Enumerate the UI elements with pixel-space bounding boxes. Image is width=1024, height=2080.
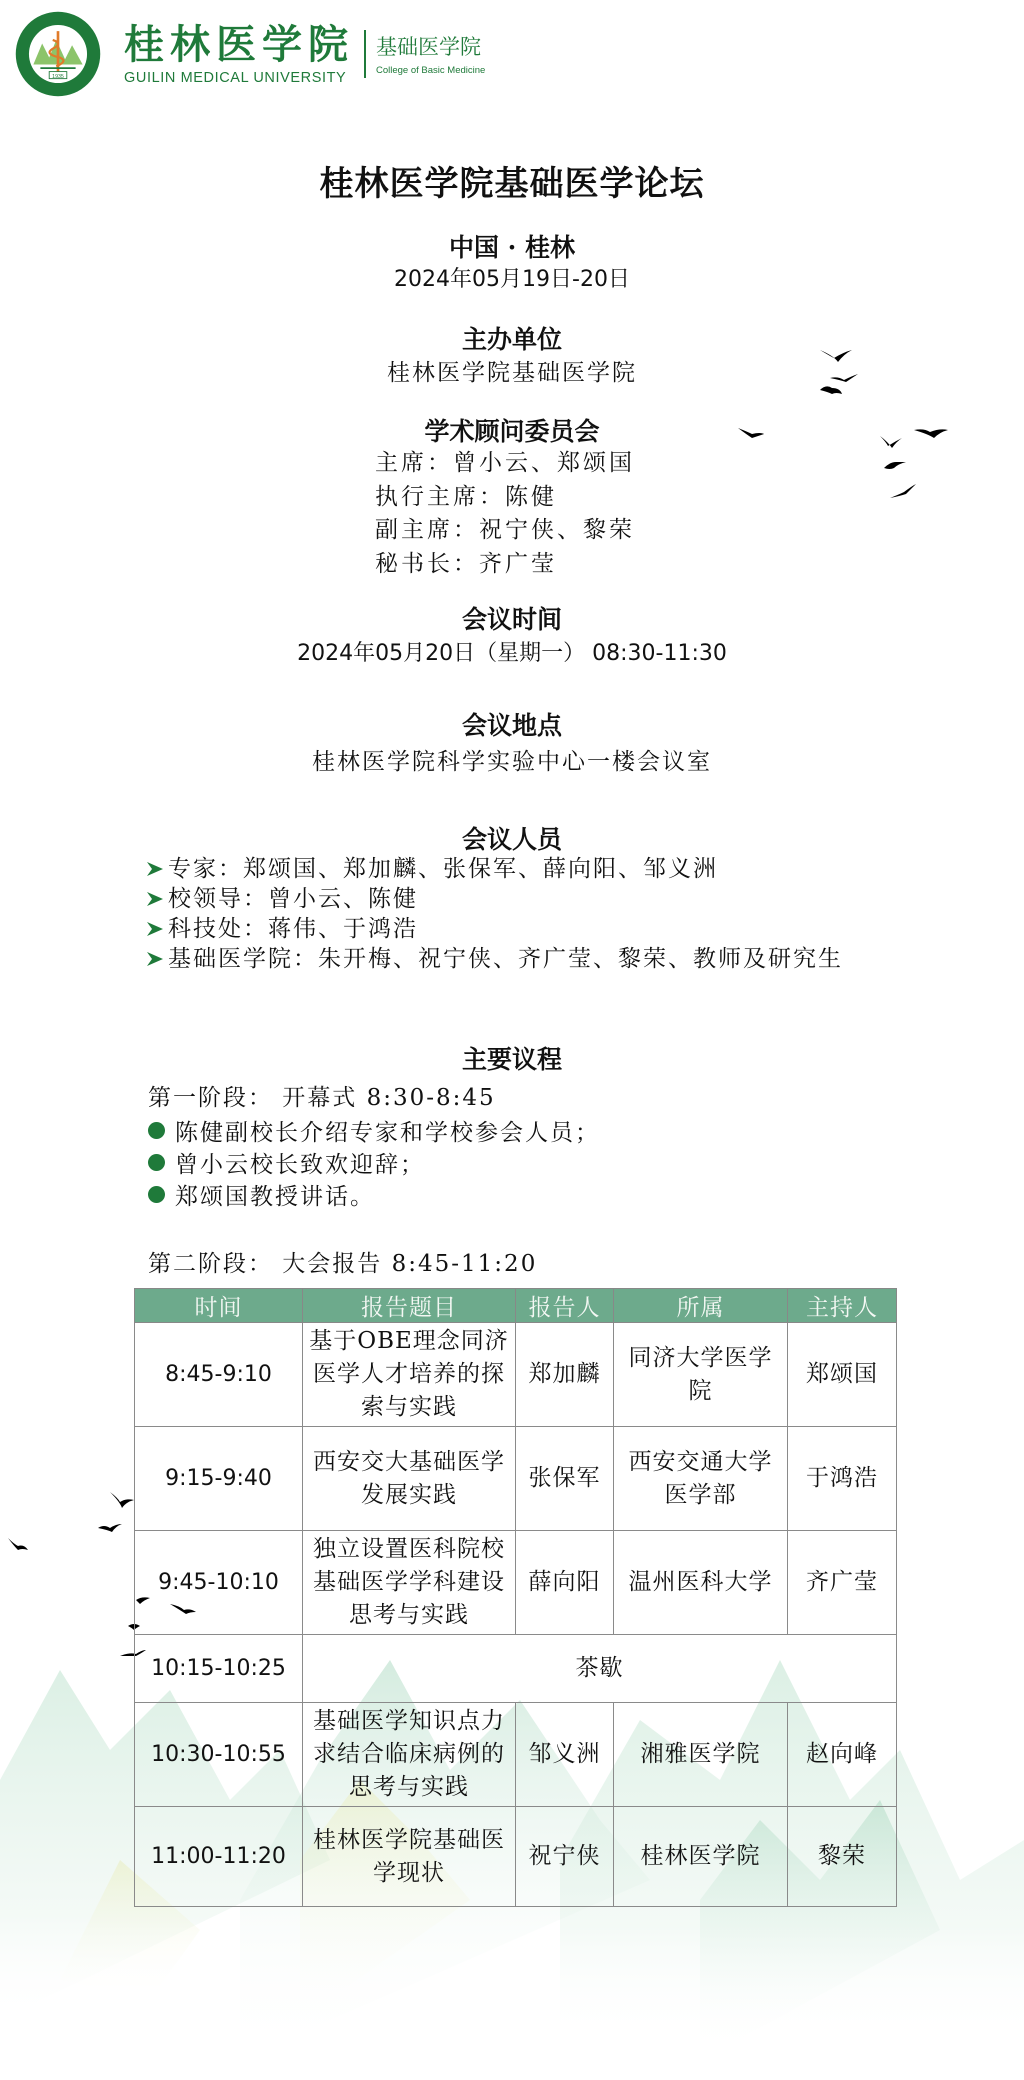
report-schedule-table: 时间 报告题目 报告人 所属 主持人 8:45-9:10 基于OBE理念同济医学… xyxy=(134,1288,897,1907)
cell-speaker: 祝宁侠 xyxy=(516,1807,614,1907)
university-logo-header: 1935 桂林医学院 GUILIN MEDICAL UNIVERSITY 基础医… xyxy=(14,8,485,100)
arrow-bullet-icon xyxy=(146,914,168,944)
phase-one-item: 陈健副校长介绍专家和学校参会人员； xyxy=(148,1114,600,1146)
table-row: 10:30-10:55 基础医学知识点力求结合临床病例的思考与实践 邹义洲 湘雅… xyxy=(135,1703,897,1807)
table-row: 11:00-11:20 桂林医学院基础医学现状 祝宁侠 桂林医学院 黎荣 xyxy=(135,1807,897,1907)
cell-topic: 独立设置医科院校基础医学学科建设思考与实践 xyxy=(303,1531,516,1635)
cell-tea-break: 茶歇 xyxy=(303,1635,897,1703)
table-row: 9:15-9:40 西安交大基础医学发展实践 张保军 西安交通大学医学部 于鸿浩 xyxy=(135,1427,897,1531)
university-seal-icon: 1935 xyxy=(14,10,102,98)
cell-host: 于鸿浩 xyxy=(788,1427,897,1531)
committee-vice-chair: 副主席：祝宁侠、黎荣 xyxy=(375,514,635,548)
table-header-row: 时间 报告题目 报告人 所属 主持人 xyxy=(135,1289,897,1323)
phase-one-item: 曾小云校长致欢迎辞； xyxy=(148,1146,600,1178)
arrow-bullet-icon xyxy=(146,884,168,914)
cell-speaker: 张保军 xyxy=(516,1427,614,1531)
cell-speaker: 邹义洲 xyxy=(516,1703,614,1807)
column-header-speaker: 报告人 xyxy=(516,1289,614,1323)
committee-secretary: 秘书长：齐广莹 xyxy=(375,548,635,582)
cell-affiliation: 温州医科大学 xyxy=(614,1531,788,1635)
cell-topic: 基于OBE理念同济医学人才培养的探索与实践 xyxy=(303,1323,516,1427)
cell-topic: 基础医学知识点力求结合临床病例的思考与实践 xyxy=(303,1703,516,1807)
table-row: 9:45-10:10 独立设置医科院校基础医学学科建设思考与实践 薛向阳 温州医… xyxy=(135,1531,897,1635)
committee-members: 主席：曾小云、郑颂国 执行主席：陈健 副主席：祝宁侠、黎荣 秘书长：齐广莹 xyxy=(375,447,635,581)
cell-time: 11:00-11:20 xyxy=(135,1807,303,1907)
phase-two-label: 第二阶段： 大会报告 8:45-11:20 xyxy=(148,1248,600,1280)
committee-heading: 学术顾问委员会 xyxy=(0,412,1024,448)
cell-affiliation: 西安交通大学医学部 xyxy=(614,1427,788,1531)
university-name-en: GUILIN MEDICAL UNIVERSITY xyxy=(124,70,354,86)
organizer-heading: 主办单位 xyxy=(0,320,1024,356)
cell-speaker: 郑加麟 xyxy=(516,1323,614,1427)
logo-divider xyxy=(364,30,366,78)
location-place: 中国 · 桂林 xyxy=(0,228,1024,264)
column-header-host: 主持人 xyxy=(788,1289,897,1323)
attendee-group-research-office: 科技处：蒋伟、于鸿浩 xyxy=(146,914,906,944)
attendee-group-basic-medicine: 基础医学院：朱开梅、祝宁侠、齐广莹、黎荣、教师及研究生 xyxy=(146,944,906,974)
college-name-en: College of Basic Medicine xyxy=(376,65,485,76)
column-header-time: 时间 xyxy=(135,1289,303,1323)
agenda-section: 第一阶段： 开幕式 8:30-8:45 陈健副校长介绍专家和学校参会人员； 曾小… xyxy=(148,1082,600,1280)
cell-affiliation: 桂林医学院 xyxy=(614,1807,788,1907)
phase-one-label: 第一阶段： 开幕式 8:30-8:45 xyxy=(148,1082,600,1114)
attendee-group-leaders: 校领导：曾小云、陈健 xyxy=(146,884,906,914)
green-dot-bullet-icon xyxy=(148,1186,165,1203)
organizer-name: 桂林医学院基础医学院 xyxy=(0,354,1024,387)
svg-text:1935: 1935 xyxy=(52,74,64,80)
table-row-break: 10:15-10:25 茶歇 xyxy=(135,1635,897,1703)
college-name-cn: 基础医学院 xyxy=(376,33,485,61)
agenda-heading: 主要议程 xyxy=(0,1040,1024,1076)
committee-executive-chair: 执行主席：陈健 xyxy=(375,481,635,515)
green-dot-bullet-icon xyxy=(148,1154,165,1171)
location-dates: 2024年05月19日-20日 xyxy=(0,262,1024,293)
column-header-topic: 报告题目 xyxy=(303,1289,516,1323)
cell-speaker: 薛向阳 xyxy=(516,1531,614,1635)
cell-host: 赵向峰 xyxy=(788,1703,897,1807)
table-row: 8:45-9:10 基于OBE理念同济医学人才培养的探索与实践 郑加麟 同济大学… xyxy=(135,1323,897,1427)
cell-topic: 桂林医学院基础医学现状 xyxy=(303,1807,516,1907)
arrow-bullet-icon xyxy=(146,854,168,884)
column-header-affiliation: 所属 xyxy=(614,1289,788,1323)
arrow-bullet-icon xyxy=(146,944,168,974)
attendee-group-experts: 专家：郑颂国、郑加麟、张保军、薛向阳、邹义洲 xyxy=(146,854,906,884)
attendees-heading: 会议人员 xyxy=(0,820,1024,856)
committee-chair: 主席：曾小云、郑颂国 xyxy=(375,447,635,481)
cell-time: 10:15-10:25 xyxy=(135,1635,303,1703)
phase-one-item: 郑颂国教授讲话。 xyxy=(148,1178,600,1210)
cell-time: 9:45-10:10 xyxy=(135,1531,303,1635)
forum-title: 桂林医学院基础医学论坛 xyxy=(0,156,1024,205)
meeting-place-value: 桂林医学院科学实验中心一楼会议室 xyxy=(0,743,1024,776)
cell-time: 8:45-9:10 xyxy=(135,1323,303,1427)
cell-time: 9:15-9:40 xyxy=(135,1427,303,1531)
meeting-time-value: 2024年05月20日（星期一） 08:30-11:30 xyxy=(0,636,1024,667)
cell-host: 黎荣 xyxy=(788,1807,897,1907)
cell-affiliation: 同济大学医学院 xyxy=(614,1323,788,1427)
cell-topic: 西安交大基础医学发展实践 xyxy=(303,1427,516,1531)
cell-host: 齐广莹 xyxy=(788,1531,897,1635)
cell-affiliation: 湘雅医学院 xyxy=(614,1703,788,1807)
cell-host: 郑颂国 xyxy=(788,1323,897,1427)
university-name-cn: 桂林医学院 xyxy=(124,22,354,68)
cell-time: 10:30-10:55 xyxy=(135,1703,303,1807)
green-dot-bullet-icon xyxy=(148,1122,165,1139)
attendees-list: 专家：郑颂国、郑加麟、张保军、薛向阳、邹义洲 校领导：曾小云、陈健 科技处：蒋伟… xyxy=(146,854,906,974)
meeting-time-heading: 会议时间 xyxy=(0,600,1024,636)
meeting-place-heading: 会议地点 xyxy=(0,706,1024,742)
